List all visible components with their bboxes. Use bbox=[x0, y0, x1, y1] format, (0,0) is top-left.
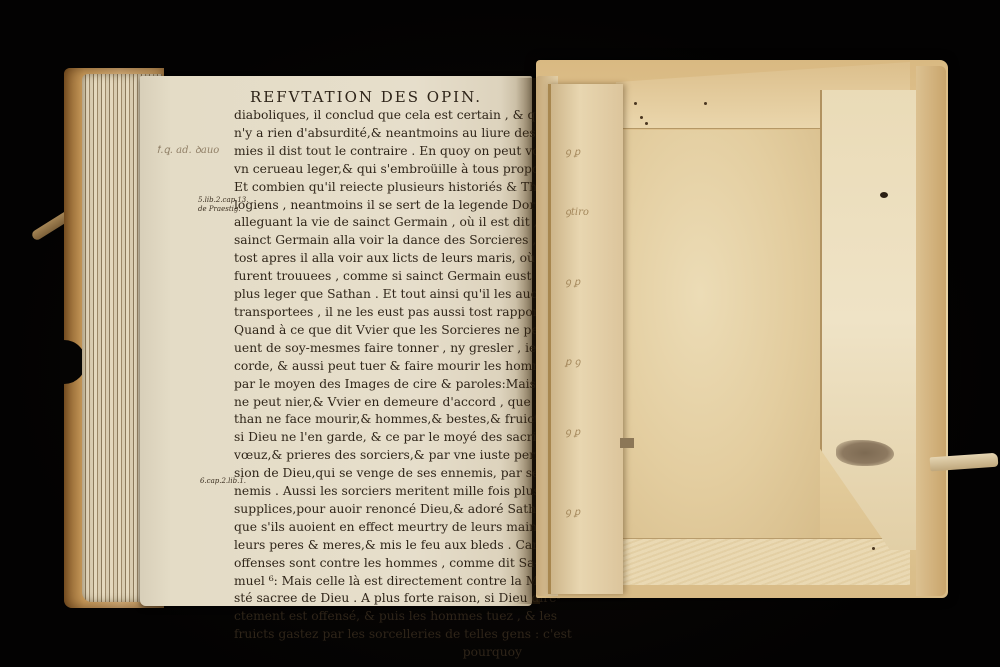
manuscript-fragment: ꝯ ꝑ bbox=[565, 424, 580, 438]
right-cover-edge bbox=[916, 66, 946, 596]
text-line: sion de Dieu,qui se venge de ses ennemis… bbox=[234, 465, 522, 483]
text-line: n'y a rien d'absurdité,& neantmoins au l… bbox=[234, 125, 522, 143]
text-line: corde, & aussi peut tuer & faire mourir … bbox=[234, 358, 522, 376]
text-line: mies il dist tout le contraire . En quoy… bbox=[234, 143, 522, 161]
text-line: sté sacree de Dieu . A plus forte raison… bbox=[234, 590, 522, 608]
text-line: diaboliques, il conclud que cela est cer… bbox=[234, 107, 522, 125]
manuscript-fragment: ꝯ ꝑ bbox=[565, 274, 580, 288]
text-line: alleguant la vie de sainct Germain , où … bbox=[234, 214, 522, 232]
text-line: nemis . Aussi les sorciers meritent mill… bbox=[234, 483, 522, 501]
manuscript-margin-note: ꝉ.ꝗ. ad. ꝺauo bbox=[156, 142, 219, 156]
text-line: offenses sont contre les hommes , comme … bbox=[234, 555, 522, 573]
text-line: vn cerueau leger,& qui s'embroüille à to… bbox=[234, 161, 522, 179]
text-line: supplices,pour auoir renoncé Dieu,& ador… bbox=[234, 501, 522, 519]
text-line: fruicts gastez par les sorcelleries de t… bbox=[234, 626, 522, 644]
text-line: tost apres il alla voir aux licts de leu… bbox=[234, 250, 522, 268]
running-head: REFVTATION DES OPIN. bbox=[236, 88, 496, 106]
catchword: pourquoy bbox=[234, 644, 522, 662]
text-line: que s'ils auoient en effect meurtry de l… bbox=[234, 519, 522, 537]
text-line: logiens , neantmoins il se sert de la le… bbox=[234, 197, 522, 215]
text-line: leurs peres & meres,& mis le feu aux ble… bbox=[234, 537, 522, 555]
text-line: plus leger que Sathan . Et tout ainsi qu… bbox=[234, 286, 522, 304]
text-line: vœuz,& prieres des sorciers,& par vne iu… bbox=[234, 447, 522, 465]
bottom-vellum-turn-in bbox=[600, 538, 910, 585]
text-line: ne peut nier,& Vvier en demeure d'accord… bbox=[234, 394, 522, 412]
ink-spot bbox=[645, 122, 648, 125]
manuscript-fragment: ꝯtiro bbox=[565, 204, 589, 218]
text-line: ctement est offensé, & puis les hommes t… bbox=[234, 608, 522, 626]
text-line: si Dieu ne l'en garde, & ce par le moyé … bbox=[234, 429, 522, 447]
printed-left-page: ꝉ.ꝗ. ad. ꝺauo REFVTATION DES OPIN. 5.lib… bbox=[140, 76, 532, 606]
text-line: sainct Germain alla voir la dance des So… bbox=[234, 232, 522, 250]
ink-spot bbox=[872, 547, 875, 550]
ink-spot bbox=[634, 102, 637, 105]
text-line: uent de soy-mesmes faire tonner , ny gre… bbox=[234, 340, 522, 358]
text-line: furent trouuees , comme si sainct Germai… bbox=[234, 268, 522, 286]
manuscript-fragment: ꝯ ꝑ bbox=[565, 144, 580, 158]
manuscript-fragment: ꝑ ꝯ bbox=[565, 354, 580, 368]
text-line: par le moyen des Images de cire & parole… bbox=[234, 376, 522, 394]
manuscript-waste-strip: ꝯ ꝑ ꝯtiro ꝯ ꝑ ꝑ ꝯ ꝯ ꝑ ꝯ ꝑ bbox=[548, 84, 623, 594]
pastedown-center-panel bbox=[620, 130, 820, 540]
ink-spot bbox=[640, 116, 643, 119]
wormhole bbox=[880, 192, 888, 198]
text-line: Quand à ce que dit Vvier que les Sorcier… bbox=[234, 322, 522, 340]
text-line: transportees , il ne les eust pas aussi … bbox=[234, 304, 522, 322]
text-line: muel ⁶: Mais celle là est directement co… bbox=[234, 573, 522, 591]
dark-stain bbox=[836, 440, 894, 466]
manuscript-fragment: ꝯ ꝑ bbox=[565, 504, 580, 518]
text-line: than ne face mourir,& hommes,& bestes,& … bbox=[234, 411, 522, 429]
paper-tab bbox=[620, 438, 634, 448]
body-text-block: diaboliques, il conclud que cela est cer… bbox=[234, 107, 522, 662]
ink-spot bbox=[704, 102, 707, 105]
text-line: Et combien qu'il reiecte plusieurs histo… bbox=[234, 179, 522, 197]
